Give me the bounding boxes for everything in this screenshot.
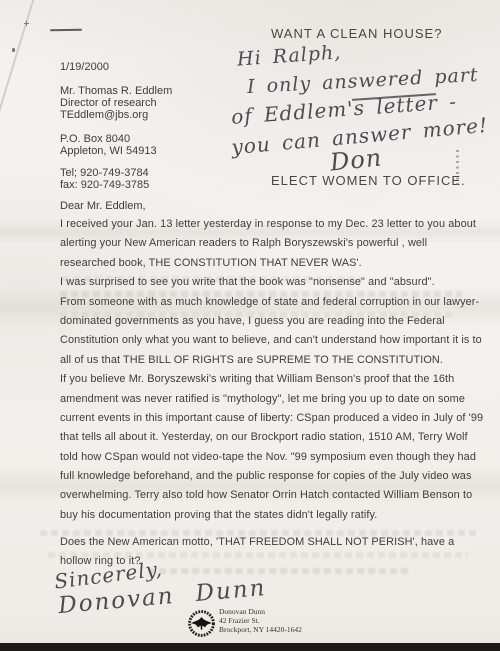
- contact-line: Tel; 920-749-3784: [60, 167, 149, 179]
- flyer-union-bug-mark: [456, 149, 459, 185]
- salutation: Dear Mr. Eddlem,: [60, 200, 146, 212]
- letter-body-line: current events in this important cause o…: [60, 409, 483, 428]
- paper-fold-artifact: [0, 0, 35, 117]
- letter-body-line: I was surprised to see you write that th…: [60, 273, 483, 292]
- flyer-headline-top: WANT A CLEAN HOUSE?: [271, 26, 442, 41]
- scanned-letter-page: WANT A CLEAN HOUSE? ELECT WOMEN TO OFFIC…: [0, 0, 500, 651]
- contact-line: fax: 920-749-3785: [60, 179, 149, 191]
- letter-body-line: dominated governments as you have, I gue…: [60, 312, 483, 331]
- stamp-city: Brockport, NY 14420-1642: [219, 626, 302, 635]
- speck-artifact: [24, 23, 29, 24]
- eagle-emblem-icon: [188, 610, 215, 637]
- letter-body-line: that tells all about it. Yesterday, on o…: [60, 428, 483, 447]
- letter-body-line: overwhelming. Terry also told how Senato…: [60, 486, 483, 505]
- letter-body-line: If you believe Mr. Boryszewski's writing…: [60, 370, 483, 389]
- letter-body-line: Constitution only what you want to belie…: [60, 331, 483, 350]
- pen-dash-artifact: [50, 29, 82, 32]
- recipient-line: Mr. Thomas R. Eddlem: [60, 85, 172, 97]
- recipient-block: Mr. Thomas R. EddlemDirector of research…: [60, 85, 172, 122]
- letter-body-line: all of us that THE BILL OF RIGHTS are SU…: [60, 351, 483, 370]
- letter-body-line: told how CSpan would not video-tape the …: [60, 448, 483, 467]
- letter-body-line: full knowledge beforehand, and the publi…: [60, 467, 483, 486]
- address-line: P.O. Box 8040: [60, 133, 157, 145]
- recipient-contact-block: Tel; 920-749-3784fax: 920-749-3785: [60, 167, 149, 191]
- flyer-headline-bottom: ELECT WOMEN TO OFFICE.: [271, 173, 466, 188]
- letter-body-line: researched book, THE CONSTITUTION THAT N…: [60, 254, 483, 273]
- letter-body-line: Does the New American motto, 'THAT FREED…: [60, 533, 454, 552]
- speck-artifact: [12, 48, 15, 52]
- letter-body-line: alerting your New American readers to Ra…: [60, 234, 483, 253]
- letter-body-line: I received your Jan. 13 letter yesterday…: [60, 215, 483, 234]
- recipient-line: Director of research: [60, 97, 172, 109]
- letter-body-line: buy his documentation proving that the s…: [60, 506, 483, 525]
- recipient-line: TEddlem@jbs.org: [60, 109, 172, 121]
- letter-body: I received your Jan. 13 letter yesterday…: [60, 215, 483, 525]
- scan-edge-bar: [0, 643, 500, 651]
- handwritten-note-line: Hi Ralph,: [236, 41, 342, 70]
- letter-body-line: amendment was never ratified is "mytholo…: [60, 390, 483, 409]
- recipient-address-block: P.O. Box 8040Appleton, WI 54913: [60, 133, 157, 157]
- letter-date: 1/19/2000: [60, 61, 109, 73]
- return-address-stamp: Donovan Dunn 42 Frazier St. Brockport, N…: [188, 608, 302, 637]
- letter-body-line: From someone with as much knowledge of s…: [60, 293, 483, 312]
- address-line: Appleton, WI 54913: [60, 145, 157, 157]
- handwritten-note-signature: Don: [329, 143, 384, 176]
